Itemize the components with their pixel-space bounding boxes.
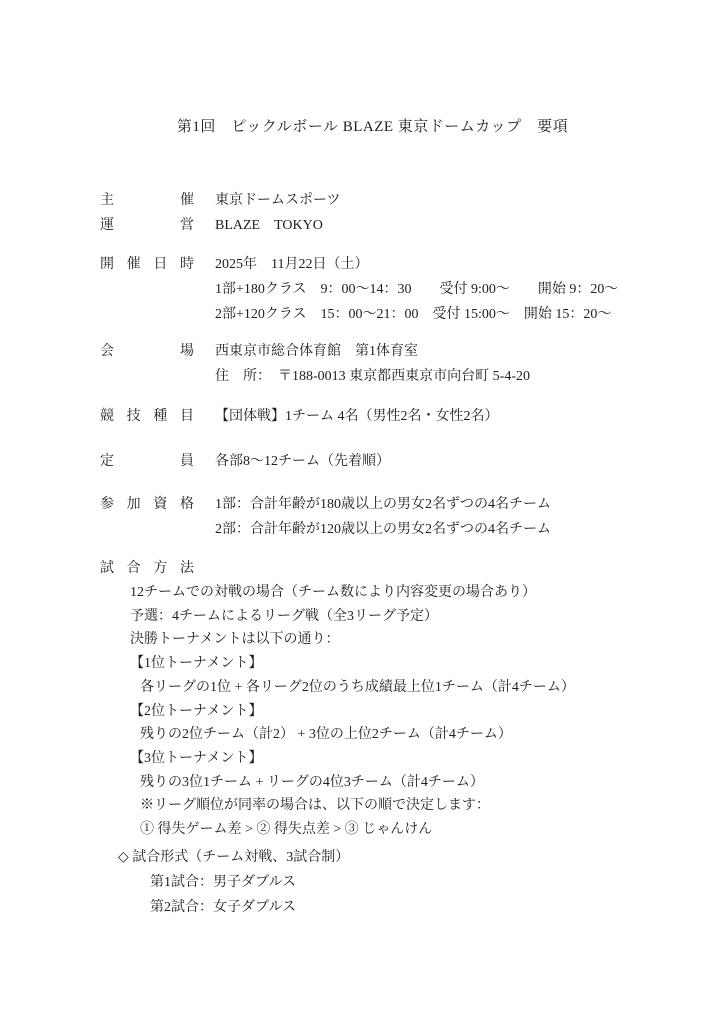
method-t2-heading: 【2位トーナメント】 — [100, 700, 645, 724]
event-type-row: 競技種目 【団体戦】1チーム 4名（男性2名・女性2名） — [100, 404, 645, 429]
method-tie-note: ※リーグ順位が同率の場合は、以下の順で決定します： — [100, 794, 645, 818]
schedule-row: 開催日時 2025年 11月22日（土） — [100, 252, 645, 277]
capacity-label: 定員 — [100, 449, 194, 474]
method-row: 試合方法 — [100, 556, 645, 581]
operator-value: BLAZE TOKYO — [215, 213, 323, 238]
eligibility-line1: 1部：合計年齢が180歳以上の男女2名ずつの4名チーム — [215, 492, 551, 517]
organizer-value: 東京ドームスポーツ — [215, 188, 340, 213]
method-intro3: 決勝トーナメントは以下の通り： — [100, 628, 645, 652]
venue-name: 西東京市総合体育館 第1体育室 — [215, 339, 418, 364]
venue-row: 会場 西東京市総合体育館 第1体育室 — [100, 339, 645, 364]
operator-row: 運営 BLAZE TOKYO — [100, 213, 645, 238]
eligibility-line2: 2部：合計年齢が120歳以上の男女2名ずつの4名チーム — [100, 517, 645, 542]
schedule-session1: 1部+180クラス 9：00〜14：30 受付 9:00〜 開始 9：20〜 — [100, 277, 645, 302]
venue-address: 住 所： 〒188-0013 東京都西東京市向台町 5-4-20 — [100, 364, 645, 389]
capacity-row: 定員 各部8〜12チーム（先着順） — [100, 449, 645, 474]
event-type-label: 競技種目 — [100, 404, 194, 429]
event-type-value: 【団体戦】1チーム 4名（男性2名・女性2名） — [215, 404, 499, 429]
schedule-session2: 2部+120クラス 15：00〜21：00 受付 15:00〜 開始 15：20… — [100, 302, 645, 327]
document-title: 第1回 ピックルボール BLAZE 東京ドームカップ 要項 — [100, 116, 645, 138]
eligibility-label: 参加資格 — [100, 492, 194, 517]
method-intro2: 予選：4チームによるリーグ戦（全3リーグ予定） — [100, 605, 645, 629]
method-t1-detail: 各リーグの1位 + 各リーグ2位のうち成績最上位1チーム（計4チーム） — [100, 676, 645, 700]
format-match1: 第1試合：男子ダブルス — [100, 870, 645, 895]
method-t3-detail: 残りの3位1チーム + リーグの4位3チーム（計4チーム） — [100, 771, 645, 795]
method-intro1: 12チームでの対戦の場合（チーム数により内容変更の場合あり） — [100, 581, 645, 605]
method-tie-order: ① 得失ゲーム差 > ② 得失点差 > ③ じゃんけん — [100, 818, 645, 842]
method-t3-heading: 【3位トーナメント】 — [100, 747, 645, 771]
method-t2-detail: 残りの2位チーム（計2） + 3位の上位2チーム（計4チーム） — [100, 723, 645, 747]
operator-label: 運営 — [100, 213, 194, 238]
schedule-date: 2025年 11月22日（土） — [215, 252, 368, 277]
capacity-value: 各部8〜12チーム（先着順） — [215, 449, 390, 474]
method-label: 試合方法 — [100, 556, 194, 581]
document-page: 第1回 ピックルボール BLAZE 東京ドームカップ 要項 主催 東京ドームスポ… — [0, 0, 725, 1024]
format-match2: 第2試合：女子ダブルス — [100, 895, 645, 920]
eligibility-row: 参加資格 1部：合計年齢が180歳以上の男女2名ずつの4名チーム — [100, 492, 645, 517]
schedule-label: 開催日時 — [100, 252, 194, 277]
organizer-label: 主催 — [100, 188, 194, 213]
method-t1-heading: 【1位トーナメント】 — [100, 652, 645, 676]
organizer-row: 主催 東京ドームスポーツ — [100, 188, 645, 213]
format-heading: ◇ 試合形式（チーム対戦、3試合制） — [100, 845, 645, 870]
venue-label: 会場 — [100, 339, 194, 364]
